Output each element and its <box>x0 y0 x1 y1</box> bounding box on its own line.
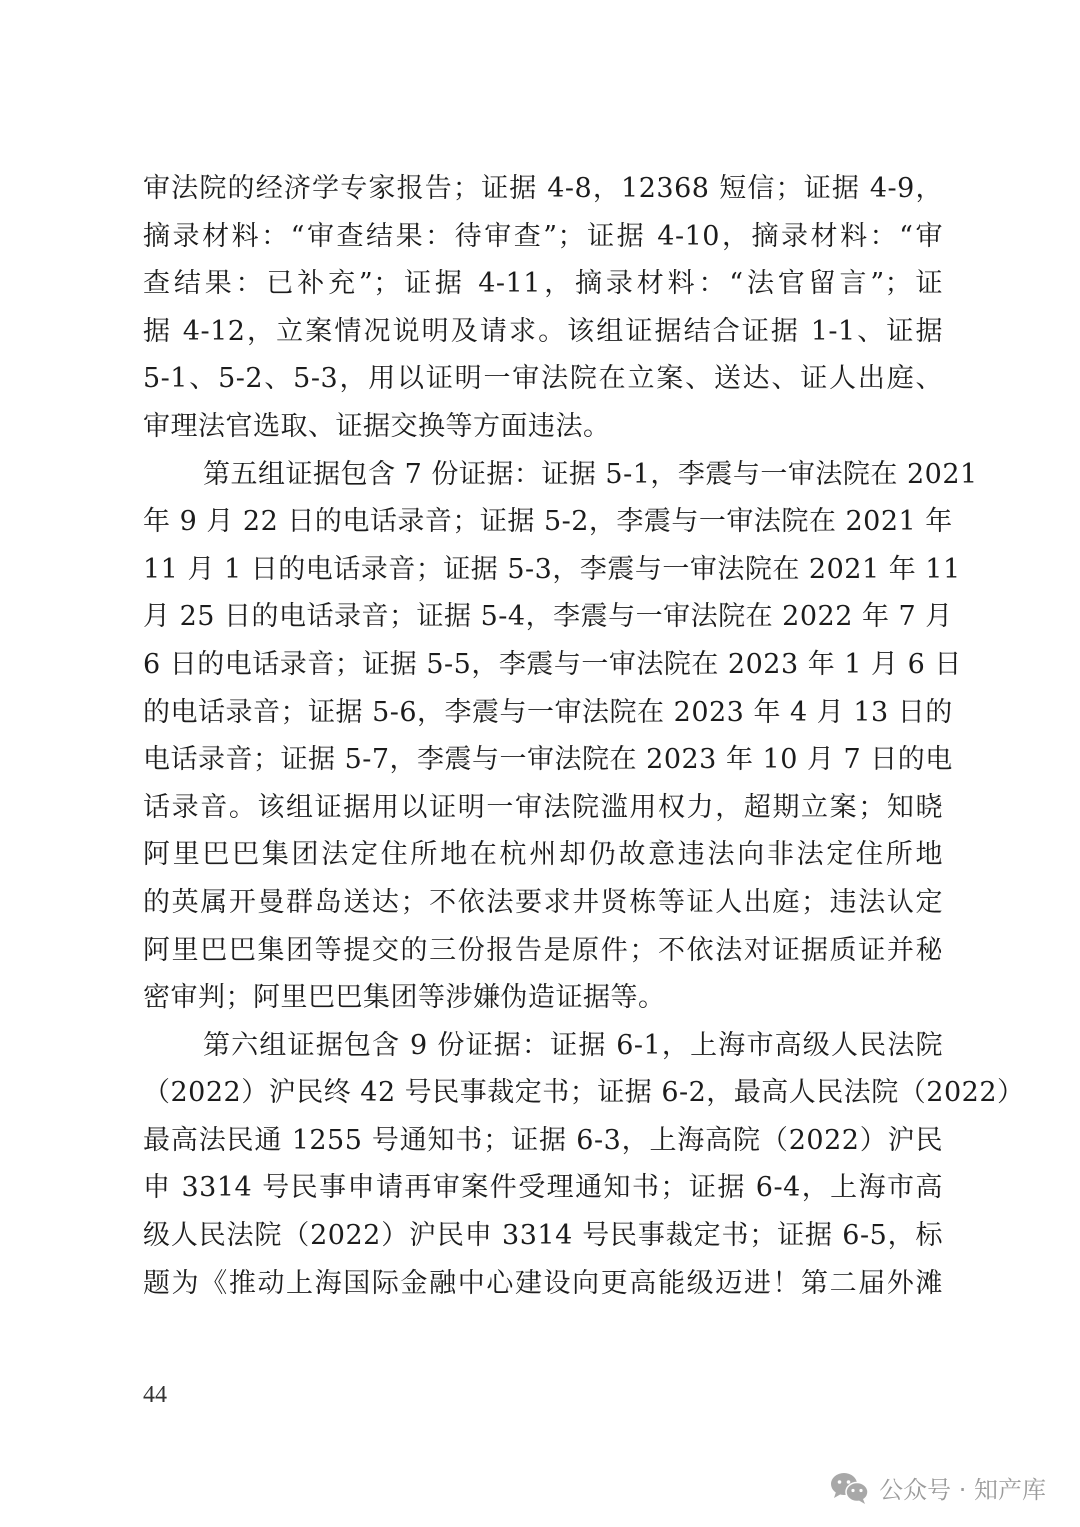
text-line: 级人民法院（2022）沪民申 3314 号民事裁定书；证据 6-5，标 <box>143 1212 943 1260</box>
text-line: 11 月 1 日的电话录音；证据 5-3，李震与一审法院在 2021 年 11 <box>143 546 943 594</box>
text-line: 阿里巴巴集团等提交的三份报告是原件；不依法对证据质证并秘 <box>143 927 943 975</box>
text-line: 审法院的经济学专家报告；证据 4-8，12368 短信；证据 4-9， <box>143 165 943 213</box>
text-line: 据 4-12，立案情况说明及请求。该组证据结合证据 1-1、证据 <box>143 308 943 356</box>
page-number: 44 <box>143 1382 167 1409</box>
text-line: 摘录材料：“审查结果：待审查”；证据 4-10，摘录材料：“审 <box>143 213 943 261</box>
text-line: 阿里巴巴集团法定住所地在杭州却仍故意违法向非法定住所地 <box>143 831 943 879</box>
text-line: 6 日的电话录音；证据 5-5，李震与一审法院在 2023 年 1 月 6 日 <box>143 641 943 689</box>
text-line: 的电话录音；证据 5-6，李震与一审法院在 2023 年 4 月 13 日的 <box>143 689 943 737</box>
document-body: 审法院的经济学专家报告；证据 4-8，12368 短信；证据 4-9，摘录材料：… <box>143 165 943 1307</box>
text-line: 密审判；阿里巴巴集团等涉嫌伪造证据等。 <box>143 974 943 1022</box>
text-line: 话录音。该组证据用以证明一审法院滥用权力，超期立案；知晓 <box>143 784 943 832</box>
text-line: 的英属开曼群岛送达；不依法要求井贤栋等证人出庭；违法认定 <box>143 879 943 927</box>
watermark-text: 公众号 · 知产库 <box>879 1470 1046 1505</box>
text-line: 查结果：已补充”；证据 4-11，摘录材料：“法官留言”；证 <box>143 260 943 308</box>
text-line: 最高法民通 1255 号通知书；证据 6-3，上海高院（2022）沪民 <box>143 1117 943 1165</box>
text-line: 第六组证据包含 9 份证据：证据 6-1，上海市高级人民法院 <box>143 1022 943 1070</box>
text-line: 年 9 月 22 日的电话录音；证据 5-2，李震与一审法院在 2021 年 <box>143 498 943 546</box>
text-line: 题为《推动上海国际金融中心建设向更高能级迈进！第二届外滩 <box>143 1260 943 1308</box>
wechat-icon <box>829 1471 871 1505</box>
text-line: 5-1、5-2、5-3，用以证明一审法院在立案、送达、证人出庭、 <box>143 355 943 403</box>
text-line: 申 3314 号民事申请再审案件受理通知书；证据 6-4，上海市高 <box>143 1164 943 1212</box>
text-line: 审理法官选取、证据交换等方面违法。 <box>143 403 943 451</box>
text-line: 月 25 日的电话录音；证据 5-4，李震与一审法院在 2022 年 7 月 <box>143 593 943 641</box>
text-line: 第五组证据包含 7 份证据：证据 5-1，李震与一审法院在 2021 <box>143 451 943 499</box>
text-line: 电话录音；证据 5-7，李震与一审法院在 2023 年 10 月 7 日的电 <box>143 736 943 784</box>
text-line: （2022）沪民终 42 号民事裁定书；证据 6-2，最高人民法院（2022） <box>143 1069 943 1117</box>
document-page: 审法院的经济学专家报告；证据 4-8，12368 短信；证据 4-9，摘录材料：… <box>0 0 1080 1527</box>
watermark: 公众号 · 知产库 <box>829 1470 1046 1505</box>
